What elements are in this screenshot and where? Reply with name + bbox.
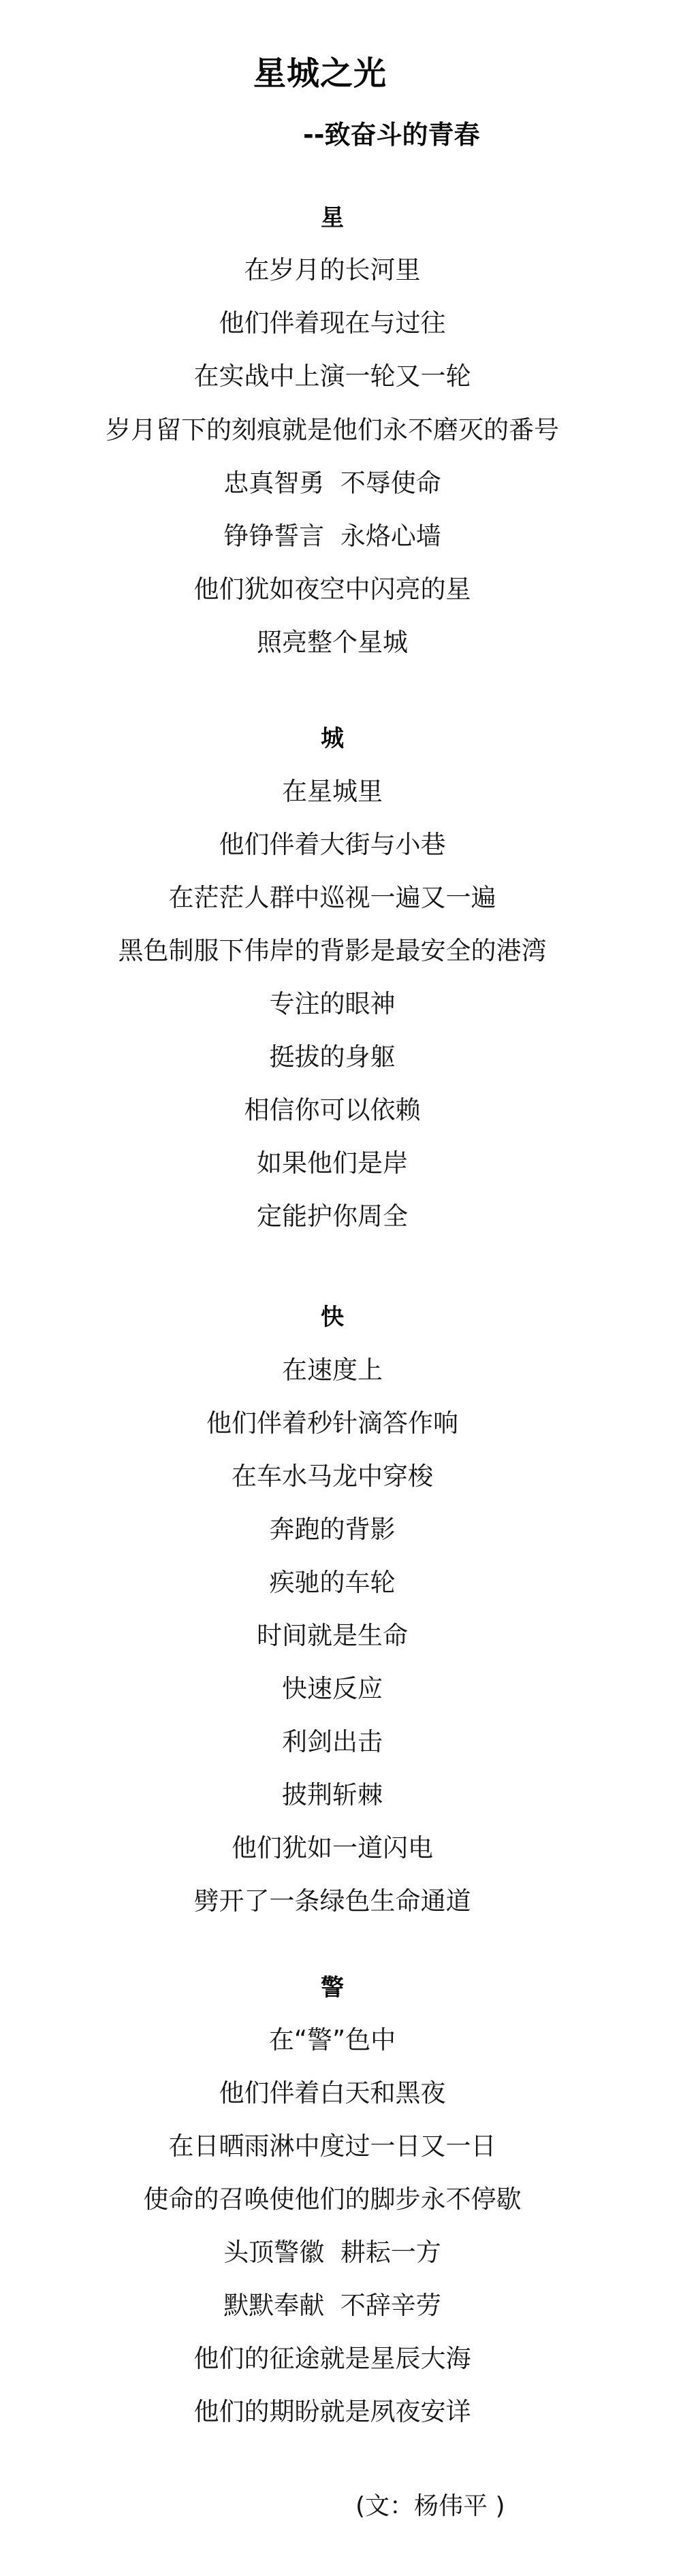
poem-line: 在日晒雨淋中度过一日又一日 bbox=[0, 2131, 665, 2161]
author-credit: (文：杨伟平 ) bbox=[355, 2492, 505, 2522]
poem-line: 照亮整个星城 bbox=[0, 628, 665, 658]
poem-line: 忠真智勇 不辱使命 bbox=[0, 468, 665, 498]
poem-line: 奔跑的背影 bbox=[0, 1515, 665, 1545]
poem-line: 如果他们是岸 bbox=[0, 1148, 665, 1178]
poem-line: 快速反应 bbox=[0, 1674, 665, 1704]
poem-title: 星城之光 bbox=[253, 54, 387, 93]
poem-line: 他们伴着现在与过往 bbox=[0, 308, 665, 338]
poem-line: 在车水马龙中穿梭 bbox=[0, 1462, 665, 1492]
poem-line: 定能护你周全 bbox=[0, 1202, 665, 1231]
poem-line: 在实战中上演一轮又一轮 bbox=[0, 361, 665, 391]
poem-line: 铮铮誓言 永烙心墙 bbox=[0, 521, 665, 551]
poem-subtitle: --致奋斗的青春 bbox=[303, 120, 480, 150]
poem-line: 在茫茫人群中巡视一遍又一遍 bbox=[0, 883, 665, 913]
section-heading: 星 bbox=[0, 204, 665, 231]
poem-line: 相信你可以依赖 bbox=[0, 1095, 665, 1125]
poem-line: 在岁月的长河里 bbox=[0, 255, 665, 285]
poem-line: 疾驰的车轮 bbox=[0, 1568, 665, 1598]
poem-line: 利剑出击 bbox=[0, 1727, 665, 1757]
poem-line: 他们犹如一道闪电 bbox=[0, 1833, 665, 1863]
poem-line: 他们犹如夜空中闪亮的星 bbox=[0, 575, 665, 605]
poem-line: 时间就是生命 bbox=[0, 1621, 665, 1651]
poem-line: 专注的眼神 bbox=[0, 989, 665, 1019]
poem-line: 他们伴着大街与小巷 bbox=[0, 830, 665, 860]
poem-line: 在星城里 bbox=[0, 777, 665, 807]
poem-line: 挺拔的身躯 bbox=[0, 1042, 665, 1072]
section-heading: 快 bbox=[0, 1304, 665, 1331]
poem-line: 他们伴着白天和黑夜 bbox=[0, 2078, 665, 2108]
section-heading: 警 bbox=[0, 1974, 665, 2001]
poem-line: 头顶警徽 耕耘一方 bbox=[0, 2238, 665, 2268]
poem-line: 在速度上 bbox=[0, 1355, 665, 1385]
poem-line: 劈开了一条绿色生命通道 bbox=[0, 1886, 665, 1916]
poem-line: 岁月留下的刻痕就是他们永不磨灭的番号 bbox=[0, 415, 665, 445]
poem-line: 他们的期盼就是夙夜安详 bbox=[0, 2397, 665, 2427]
poem-line: 使命的召唤使他们的脚步永不停歇 bbox=[0, 2185, 665, 2215]
poem-line: 在“警”色中 bbox=[0, 2025, 665, 2055]
section-heading: 城 bbox=[0, 725, 665, 752]
poem-line: 他们的征途就是星辰大海 bbox=[0, 2344, 665, 2374]
poem-line: 黑色制服下伟岸的背影是最安全的港湾 bbox=[0, 936, 665, 966]
poem-line: 披荆斩棘 bbox=[0, 1780, 665, 1810]
poem-line: 默默奉献 不辞辛劳 bbox=[0, 2291, 665, 2321]
poem-line: 他们伴着秒针滴答作响 bbox=[0, 1408, 665, 1438]
